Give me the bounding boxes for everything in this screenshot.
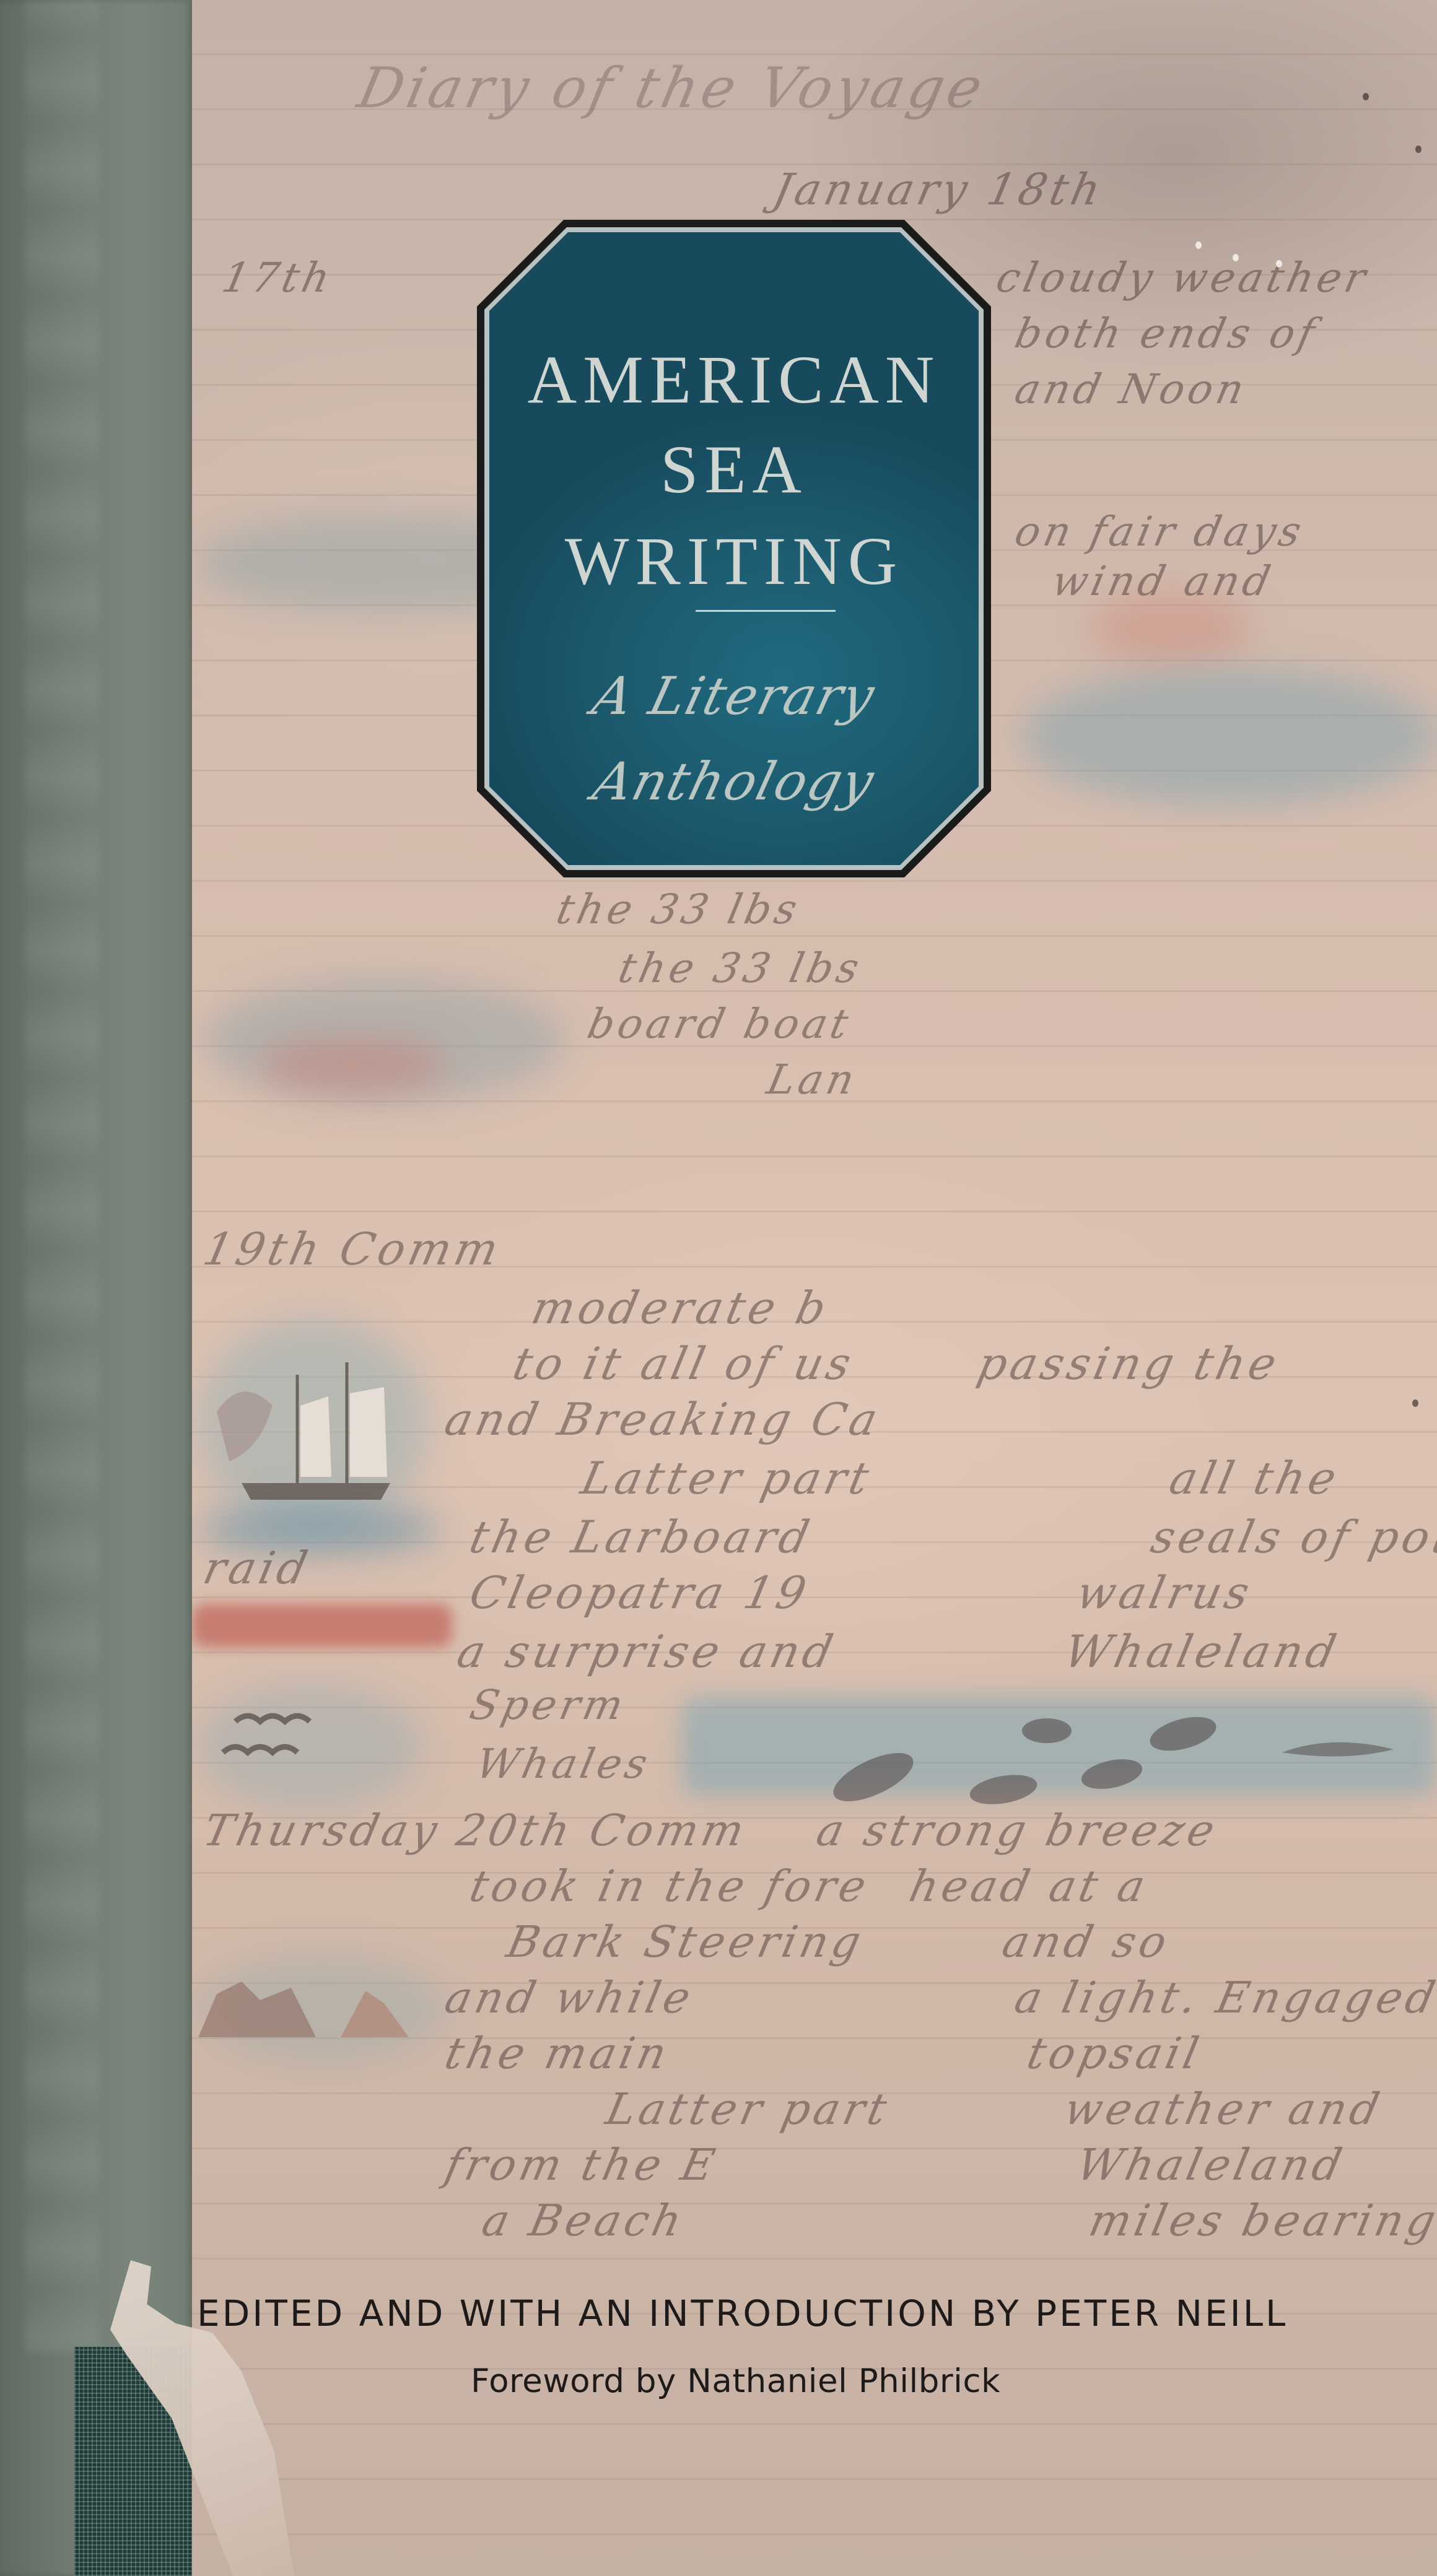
handwriting-line: and Breaking Ca	[440, 1393, 886, 1445]
handwriting-line: head at a	[905, 1861, 1153, 1912]
handwriting-margin-word: raid	[199, 1542, 315, 1594]
handwriting-line: all the	[1165, 1452, 1345, 1504]
handwriting-line: to it all of us	[509, 1338, 859, 1390]
rocky-islands-illustration	[198, 1969, 434, 2056]
editor-credit: EDITED AND WITH AN INTRODUCTION BY PETER…	[197, 2292, 1275, 2334]
handwriting-line: Thursday 20th Comm	[199, 1805, 752, 1856]
handwriting-line: a strong breeze	[812, 1805, 1223, 1856]
handwriting-line: the 33 lbs	[553, 885, 805, 933]
handwriting-line: 17th	[218, 254, 338, 302]
title-line-sea: SEA	[489, 430, 979, 509]
handwriting-line: January 18th	[769, 164, 1109, 215]
handwriting-line: on fair days	[1011, 508, 1309, 555]
handwriting-line: 19th Comm	[199, 1223, 507, 1275]
handwriting-line: cloudy weather	[992, 254, 1374, 302]
handwriting-line: a light. Engaged	[1010, 1972, 1437, 2023]
subtitle-line-2: Anthology	[482, 751, 986, 812]
handwriting-line: Latter part	[577, 1452, 877, 1504]
handwriting-line: and while	[440, 1972, 699, 2023]
red-shore-wash	[192, 1604, 452, 1647]
handwriting-line: a Beach	[478, 2195, 689, 2246]
handwriting-line: walrus	[1072, 1567, 1257, 1619]
handwriting-line: seals of potatoes	[1147, 1511, 1437, 1563]
handwriting-line: the main	[440, 2028, 675, 2079]
whales-illustration	[799, 1697, 1437, 1821]
sailing-ship-illustration	[204, 1338, 415, 1523]
title-divider-rule	[696, 610, 836, 612]
handwriting-line: Sperm	[466, 1681, 631, 1729]
title-line-american: AMERICAN	[489, 341, 979, 419]
foreword-credit: Foreword by Nathaniel Philbrick	[471, 2362, 1000, 2400]
title-plate-fill: AMERICAN SEA WRITING A Literary Antholog…	[489, 232, 979, 865]
handwriting-line: miles bearing	[1085, 2195, 1437, 2246]
handwriting-line: from the E	[440, 2139, 723, 2190]
red-wash-left-mid	[260, 1040, 446, 1090]
handwriting-line: and so	[998, 1917, 1174, 1967]
paper-speck	[1195, 241, 1202, 249]
spine-texture	[25, 0, 99, 2353]
paper-speck	[1412, 1399, 1418, 1407]
handwriting-line: the Larboard	[465, 1511, 818, 1563]
handwriting-line: a surprise and	[453, 1625, 841, 1677]
handwriting-line: Cleopatra 19	[465, 1567, 815, 1619]
handwriting-line: moderate b	[527, 1282, 834, 1334]
handwriting-line: and Noon	[1011, 365, 1252, 413]
handwriting-line: passing the	[973, 1338, 1285, 1390]
handwriting-line: weather and	[1060, 2084, 1387, 2134]
handwriting-line: took in the fore	[465, 1861, 874, 1912]
handwriting-line: topsail	[1023, 2028, 1207, 2079]
handwriting-line: both ends of	[1011, 310, 1322, 357]
sea-wash-upper-right	[1022, 669, 1437, 805]
paper-speck	[1276, 260, 1282, 268]
handwriting-line: wind and	[1048, 557, 1278, 605]
subtitle-line-1: A Literary	[482, 666, 986, 726]
handwriting-line: Latter part	[601, 2084, 894, 2134]
title-line-writing: WRITING	[489, 522, 979, 601]
handwriting-line: Bark Steering	[502, 1917, 868, 1967]
title-plate: AMERICAN SEA WRITING A Literary Antholog…	[477, 220, 991, 877]
paper-speck	[1415, 146, 1422, 153]
handwriting-line: Whales	[472, 1740, 655, 1788]
paper-speck	[1233, 254, 1239, 261]
seabirds-illustration	[217, 1709, 403, 1783]
handwriting-line: the 33 lbs	[614, 944, 867, 992]
handwriting-line: Diary of the Voyage	[352, 56, 992, 121]
paper-speck	[1363, 93, 1369, 100]
handwriting-line: Whaleland	[1072, 2139, 1350, 2190]
handwriting-line: Whaleland	[1060, 1625, 1344, 1677]
handwriting-line: board boat	[583, 1000, 856, 1048]
book-cover: Diary of the Voyage January 18th 17th cl…	[0, 0, 1437, 2576]
handwriting-line: Lan	[763, 1056, 862, 1103]
